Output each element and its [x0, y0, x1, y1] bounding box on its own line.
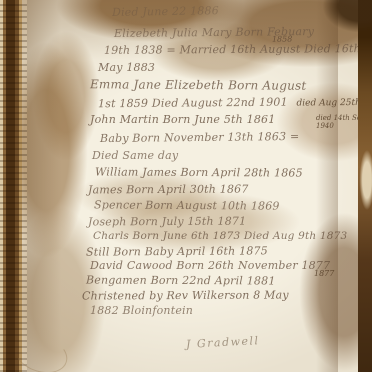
- register-line: John Martin Born June 5th 1861 died 14th…: [90, 113, 275, 126]
- register-line-text: David Cawood Born 26th November 1877: [90, 259, 330, 272]
- register-line: Baby Born November 13th 1863 =: [100, 130, 299, 145]
- register-line: Joseph Born July 15th 1871: [88, 215, 246, 229]
- signature: J Gradwell: [186, 334, 260, 351]
- register-line: William James Born April 28th 1865: [95, 165, 303, 179]
- register-line: Still Born Baby April 16th 1875: [86, 244, 268, 258]
- register-line: Spencer Born August 10th 1869: [94, 198, 280, 212]
- register-line: James Born April 30th 1867: [88, 183, 249, 197]
- register-line: Bengamen Born 22nd April 1881: [86, 274, 276, 288]
- stained-corner: [316, 0, 372, 46]
- register-line: May 1883: [98, 61, 155, 74]
- register-page-photo: Died June 22 1886 Elizebeth Julia Mary B…: [0, 0, 372, 372]
- register-line: 1882 Bloinfontein: [90, 304, 193, 317]
- register-line: Emma Jane Elizebeth Born August: [90, 77, 307, 93]
- register-line: Christened by Rev Wilkerson 8 May: [82, 288, 289, 302]
- page-edge-strip: [358, 0, 372, 372]
- register-line-text: John Martin Born June 5th 1861: [90, 113, 275, 126]
- inserted-year-annotation: 1858: [272, 35, 292, 44]
- register-line: Died Same day: [92, 149, 178, 162]
- register-line-text: 1st 1859 Died August 22nd 1901: [98, 96, 288, 111]
- register-line: Charls Born June 6th 1873 Died Aug 9th 1…: [93, 230, 347, 242]
- register-line: Died June 22 1886: [112, 4, 219, 19]
- torn-edge-shadow: [316, 0, 338, 372]
- register-line: David Cawood Born 26th November 1877 187…: [90, 259, 330, 272]
